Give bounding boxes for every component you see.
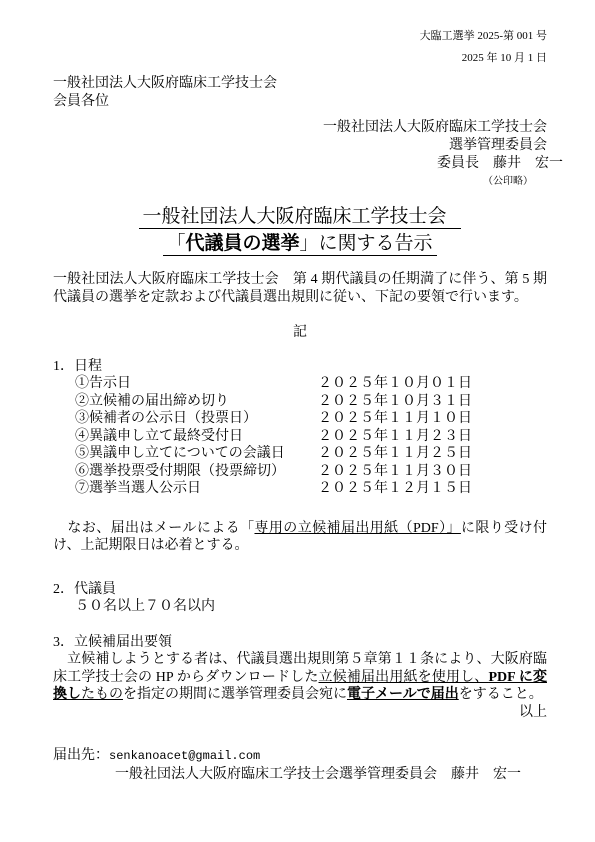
delegates-body: ５０名以上７０名以内: [75, 598, 547, 616]
schedule-row: ②立候補の届出締め切り ２０２５年１０月３１日: [53, 393, 547, 411]
sender-chair: 委員長 藤井 宏一: [53, 155, 563, 173]
schedule-item-date: ２０２５年１２月１５日: [318, 480, 472, 498]
schedule-row: ⑥選挙投票受付期限（投票締切） ２０２５年１１月３０日: [53, 463, 547, 481]
submission-email: senkanoacet@gmail.com: [109, 749, 260, 763]
schedule-item-label: ⑤異議申し立てについての会議日: [75, 445, 318, 463]
seal-note: （公印略）: [53, 173, 533, 191]
document-title-line1: 一般社団法人大阪府臨床工学技士会: [53, 203, 547, 230]
schedule-section: 1．日程 ①告示日 ２０２５年１０月０１日 ②立候補の届出締め切り ２０２５年１…: [53, 358, 547, 498]
application-section: 3．立候補届出要領 立候補しようとする者は、代議員選出規則第５章第１１条により、…: [53, 634, 547, 722]
schedule-item-label: ⑦選挙当選人公示日: [75, 480, 318, 498]
schedule-row: ⑤異議申し立てについての会議日 ２０２５年１１月２５日: [53, 445, 547, 463]
recipient-org: 一般社団法人大阪府臨床工学技士会: [53, 75, 547, 93]
doc-date: 2025 年 10 月 1 日: [53, 52, 547, 65]
recipient-block: 一般社団法人大阪府臨床工学技士会 会員各位: [53, 75, 547, 111]
document-title-line1-text: 一般社団法人大阪府臨床工学技士会: [139, 206, 460, 229]
application-heading: 3．立候補届出要領: [53, 634, 547, 652]
application-seg: を指定の期間に選挙管理委員会宛に: [123, 687, 347, 702]
record-marker: 記: [53, 324, 547, 342]
doc-number: 大臨工選挙 2025-第 001 号: [53, 30, 547, 43]
schedule-item-date: ２０２５年１１月２３日: [318, 428, 472, 446]
submission-label: 届出先：: [53, 748, 109, 763]
schedule-item-label: ⑥選挙投票受付期限（投票締切）: [75, 463, 318, 481]
application-seg: をすること。: [459, 687, 543, 702]
footer-signature: 一般社団法人大阪府臨床工学技士会選挙管理委員会 藤井 宏一: [115, 766, 547, 784]
intro-paragraph: 一般社団法人大阪府臨床工学技士会 第 4 期代議員の任期満了に伴う、第 5 期代…: [53, 271, 547, 306]
recipient-salutation: 会員各位: [53, 93, 547, 111]
schedule-row: ③候補者の公示日（投票日） ２０２５年１１月１０日: [53, 410, 547, 428]
closing-marker: 以上: [53, 704, 547, 722]
schedule-heading: 1．日程: [53, 358, 547, 376]
schedule-item-date: ２０２５年１０月３１日: [318, 393, 472, 411]
document-page: 大臨工選挙 2025-第 001 号 2025 年 10 月 1 日 一般社団法…: [0, 0, 595, 842]
title-bracket-close: 」に関する告示: [300, 233, 433, 254]
sender-org: 一般社団法人大阪府臨床工学技士会: [53, 119, 547, 137]
title-emphasis: 代議員の選挙: [185, 233, 299, 254]
note-pre: なお、届出はメールによる「: [53, 521, 254, 536]
application-seg-bold-underlined: 電子メールで届出: [347, 687, 459, 702]
submission-line: 届出先：senkanoacet@gmail.com: [53, 747, 547, 766]
delegates-section: 2．代議員 ５０名以上７０名以内: [53, 581, 547, 616]
document-title: 一般社団法人大阪府臨床工学技士会 「代議員の選挙」に関する告示: [53, 203, 547, 257]
schedule-item-date: ２０２５年１０月０１日: [318, 375, 472, 393]
schedule-item-label: ④異議申し立て最終受付日: [75, 428, 318, 446]
schedule-item-date: ２０２５年１１月３０日: [318, 463, 472, 481]
document-title-line2-text: 「代議員の選挙」に関する告示: [163, 233, 436, 256]
document-title-line2: 「代議員の選挙」に関する告示: [53, 230, 547, 257]
delegates-heading: 2．代議員: [53, 581, 547, 599]
schedule-item-date: ２０２５年１１月２５日: [318, 445, 472, 463]
note-paragraph: なお、届出はメールによる「専用の立候補届出用紙（PDF）」に限り受け付け、上記期…: [53, 520, 547, 555]
schedule-item-label: ②立候補の届出締め切り: [75, 393, 318, 411]
application-body: 立候補しようとする者は、代議員選出規則第５章第１１条により、大阪府臨床工学技士会…: [53, 651, 547, 704]
application-seg-underlined: たもの: [81, 687, 123, 702]
note-underlined: 専用の立候補届出用紙（PDF）」: [254, 521, 460, 536]
schedule-row: ①告示日 ２０２５年１０月０１日: [53, 375, 547, 393]
footer-block: 届出先：senkanoacet@gmail.com 一般社団法人大阪府臨床工学技…: [53, 747, 547, 783]
sender-dept: 選挙管理委員会: [53, 137, 547, 155]
schedule-item-date: ２０２５年１１月１０日: [318, 410, 472, 428]
application-seg-underlined: 立候補届出用紙を使用し、: [319, 670, 489, 685]
sender-block: 一般社団法人大阪府臨床工学技士会 選挙管理委員会 委員長 藤井 宏一 （公印略）: [53, 119, 547, 191]
schedule-item-label: ③候補者の公示日（投票日）: [75, 410, 318, 428]
schedule-row: ④異議申し立て最終受付日 ２０２５年１１月２３日: [53, 428, 547, 446]
title-bracket-open: 「: [166, 233, 185, 254]
schedule-item-label: ①告示日: [75, 375, 318, 393]
schedule-row: ⑦選挙当選人公示日 ２０２５年１２月１５日: [53, 480, 547, 498]
